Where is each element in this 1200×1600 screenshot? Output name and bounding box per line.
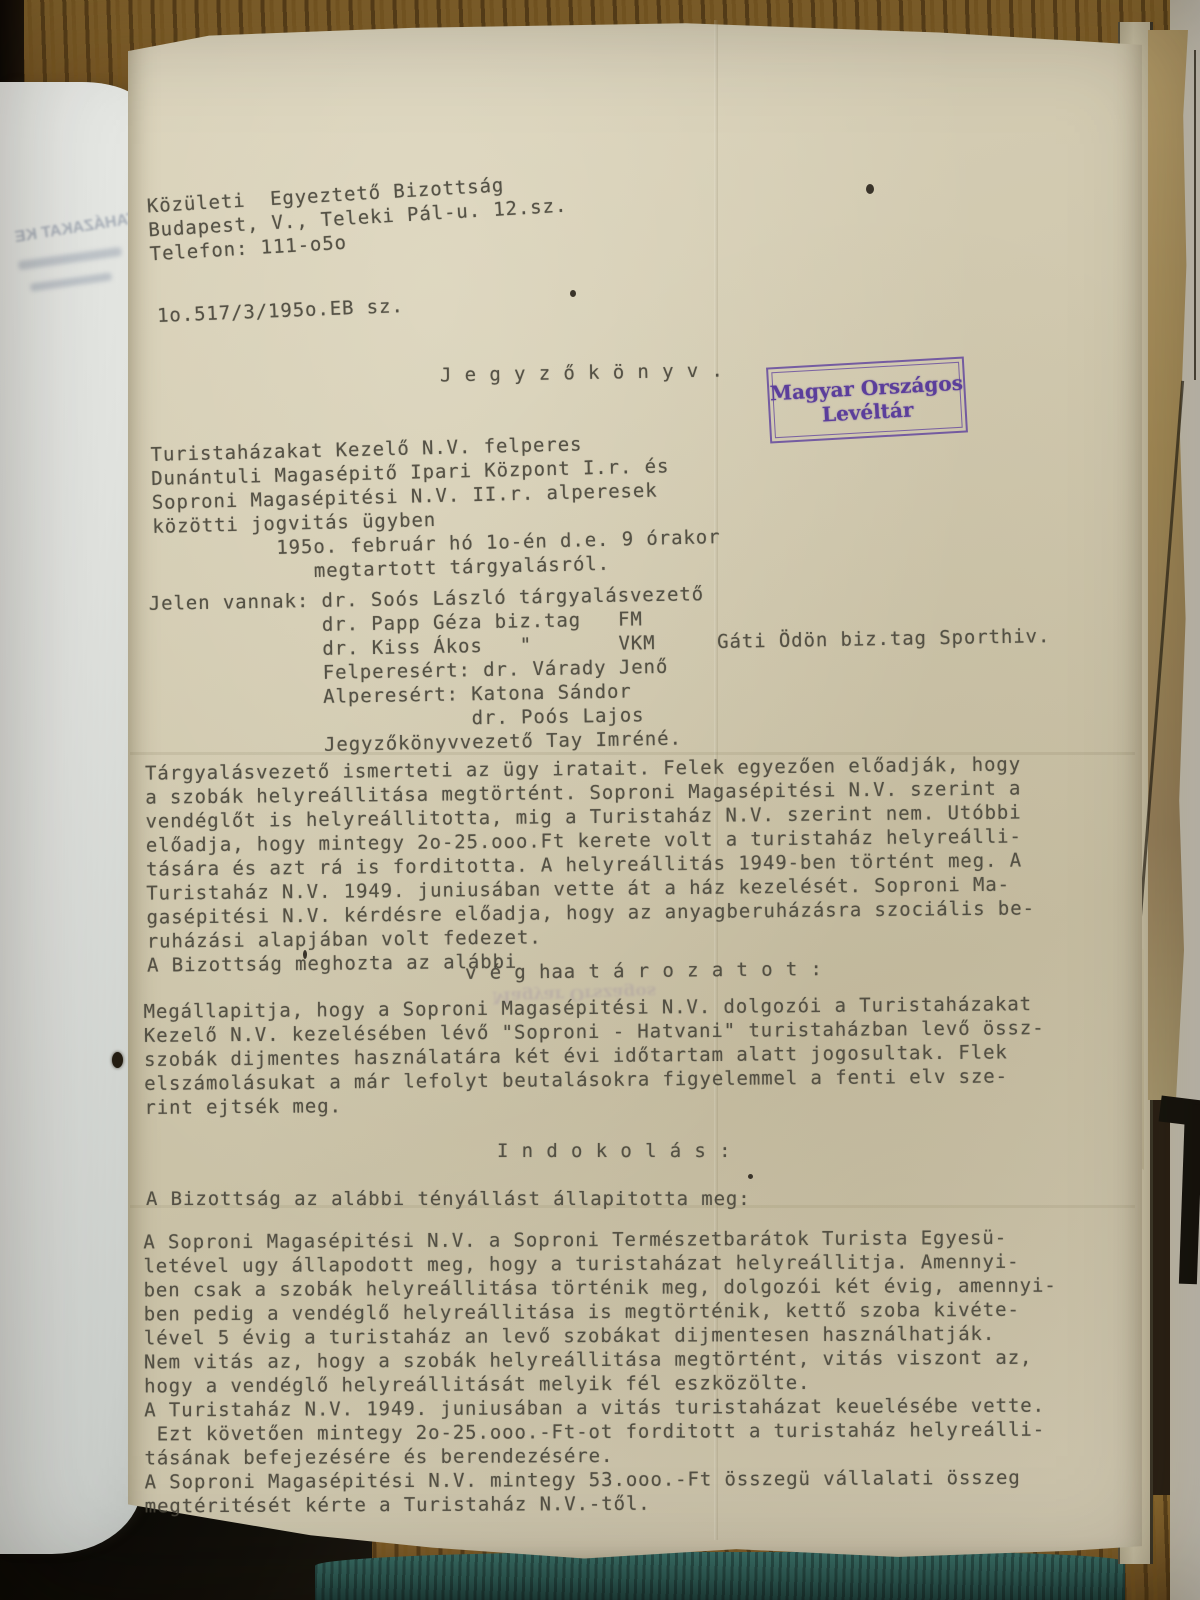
text-line: megtéritését kérte a Turistaház N.V.-től… — [145, 1490, 1058, 1519]
text-line: A Soproni Magasépitési N.V. mintegy 53.o… — [145, 1466, 1058, 1495]
facts-paragraph: A Soproni Magasépitési N.V. a Soproni Te… — [143, 1226, 1058, 1519]
archive-stamp: Magyar Országos Levéltár — [766, 357, 968, 444]
ink-speck — [748, 1174, 753, 1179]
ruling-heading: v é g haa t á r o z a t o t : — [465, 958, 823, 984]
ink-speck — [570, 290, 576, 297]
ink-speck — [866, 184, 874, 194]
adjacent-book-page: STAHÁZAKAT KE — [0, 82, 142, 1554]
show-through-blur-line — [30, 272, 112, 291]
ink-speck — [303, 950, 307, 959]
teal-cloth — [315, 1552, 1125, 1600]
paper-hole — [112, 1052, 123, 1068]
text-line: Ezt követően mintegy 2o-25.ooo.-Ft-ot fo… — [144, 1418, 1057, 1447]
facts-intro-line: A Bizottság az alábbi tényállást állapit… — [146, 1188, 751, 1210]
text-line: Nem vitás az, hogy a szobák helyreállitá… — [144, 1346, 1057, 1375]
attendees-list: Jelen vannak: dr. Soós László tárgyalásv… — [149, 576, 1053, 760]
reasoning-heading: I n d o k o l á s : — [497, 1140, 731, 1162]
far-right-rule-line — [1194, 50, 1196, 380]
show-through-letterhead: STAHÁZAKAT KE — [0, 208, 148, 249]
case-parties: Turistaházakat Kezelő N.V. felperesDunán… — [150, 429, 721, 587]
show-through-blur-line — [18, 247, 122, 270]
intro-paragraph: Tárgyalásvezető ismerteti az ügy iratait… — [145, 752, 1036, 977]
photographed-document-scene: STAHÁZAKAT KE Közületi Egyeztető Bizotts… — [0, 0, 1200, 1600]
ruling-paragraph: Megállapitja, hogy a Soproni Magasépités… — [143, 992, 1045, 1120]
